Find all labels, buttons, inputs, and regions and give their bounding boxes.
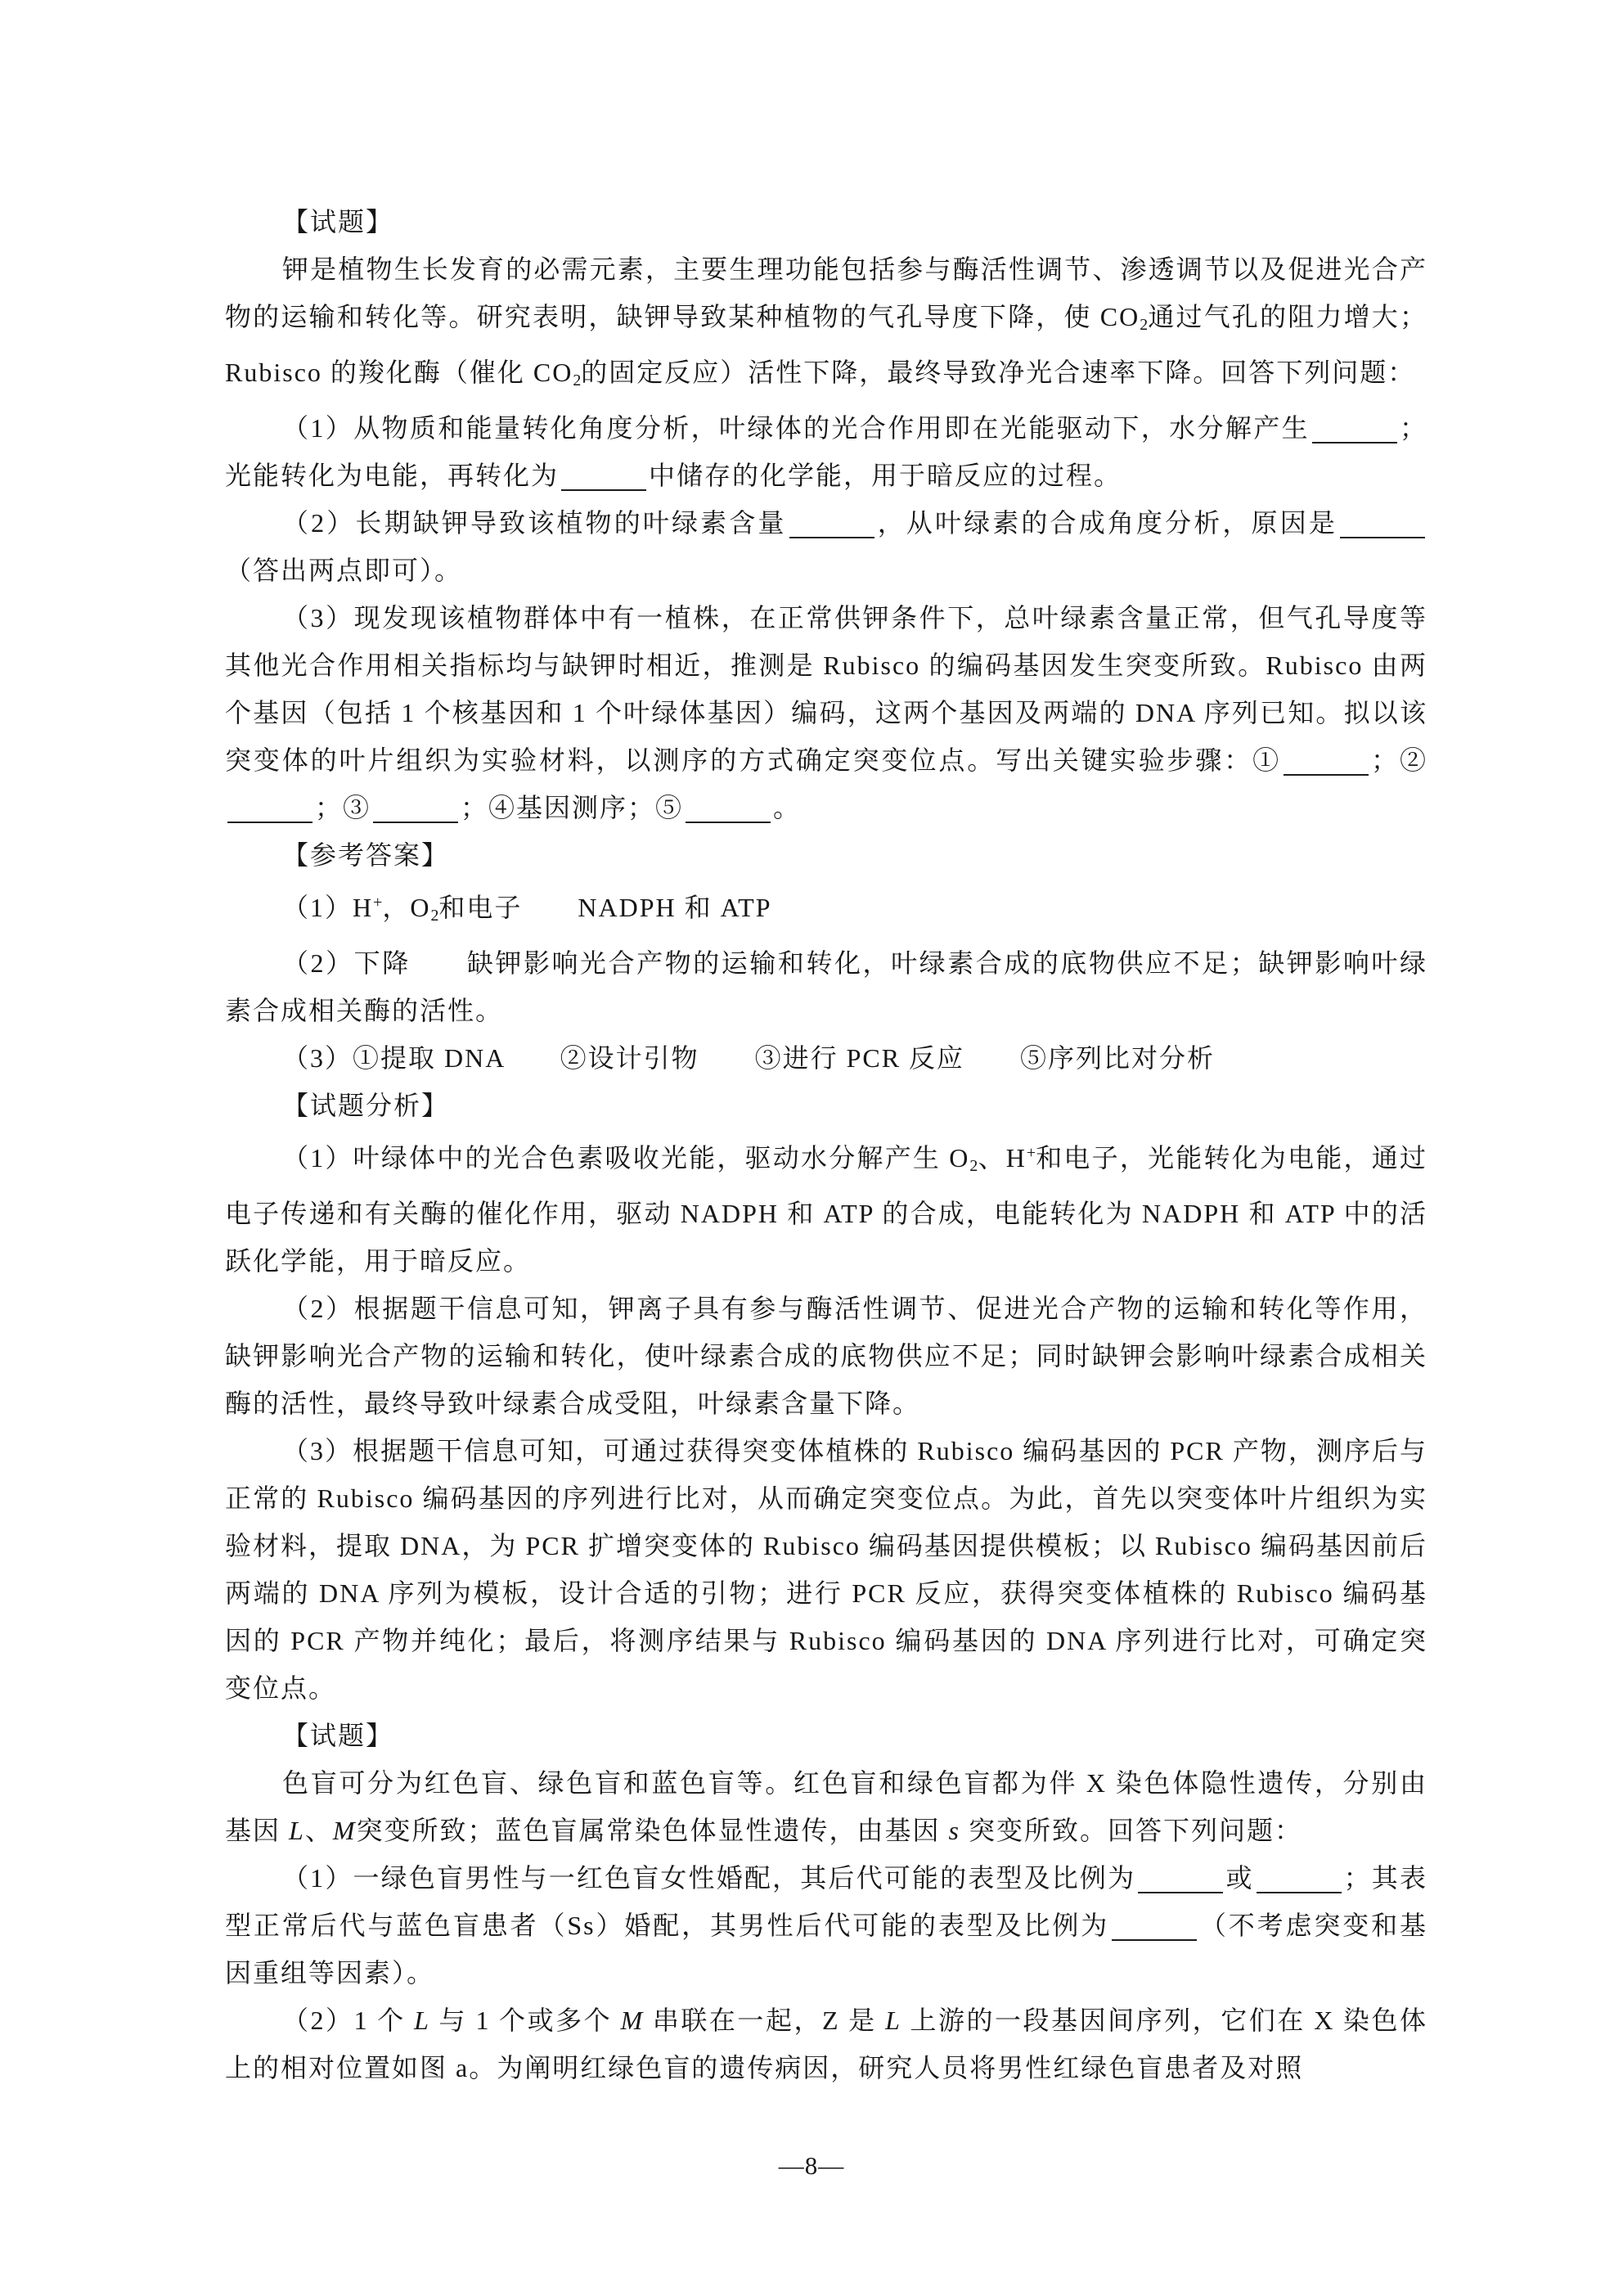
text-run: 2 bbox=[1140, 316, 1148, 334]
answer-blank bbox=[561, 465, 646, 491]
answer-part-1: （1）H+，O2和电子 NADPH 和 ATP bbox=[225, 879, 1427, 939]
answer-blank bbox=[686, 797, 771, 823]
answer-blank bbox=[789, 512, 874, 538]
text-run: 和电子 NADPH 和 ATP bbox=[438, 893, 771, 922]
text-run: 2 bbox=[573, 371, 581, 389]
answer-blank bbox=[1340, 512, 1425, 538]
text-run: 与 1 个或多个 bbox=[430, 2006, 621, 2035]
answer-blank bbox=[1312, 417, 1397, 443]
text-run: （答出两点即可）。 bbox=[225, 556, 462, 585]
text-run: L bbox=[414, 2006, 430, 2035]
text-run: ，O bbox=[382, 893, 430, 922]
question-1-part-1: （1）从物质和能量转化角度分析，叶绿体的光合作用即在光能驱动下，水分解产生；光能… bbox=[225, 404, 1427, 499]
text-run: 2 bbox=[969, 1157, 978, 1175]
section-header-question-1: 【试题】 bbox=[225, 198, 1427, 245]
text-run: L bbox=[885, 2006, 901, 2035]
section-header-question-2: 【试题】 bbox=[225, 1712, 1427, 1759]
answer-blank bbox=[1138, 1867, 1223, 1893]
text-run: 中储存的化学能，用于暗反应的过程。 bbox=[649, 461, 1122, 490]
text-run: （1）一绿色盲男性与一红色盲女性婚配，其后代可能的表型及比例为 bbox=[282, 1863, 1135, 1893]
analysis-part-1: （1）叶绿体中的光合色素吸收光能，驱动水分解产生 O2、H+和电子，光能转化为电… bbox=[225, 1129, 1427, 1285]
analysis-part-3: （3）根据题干信息可知，可通过获得突变体植株的 Rubisco 编码基因的 PC… bbox=[225, 1427, 1427, 1712]
text-run: 【试题分析】 bbox=[282, 1091, 449, 1120]
document-body: 【试题】钾是植物生长发育的必需元素，主要生理功能包括参与酶活性调节、渗透调节以及… bbox=[225, 198, 1427, 2091]
text-run: + bbox=[1027, 1144, 1036, 1162]
text-run: 的固定反应）活性下降，最终导致净光合速率下降。回答下列问题： bbox=[581, 358, 1415, 387]
text-run: （2）根据题干信息可知，钾离子具有参与酶活性调节、促进光合产物的运输和转化等作用… bbox=[225, 1294, 1427, 1418]
text-run: 、H bbox=[978, 1143, 1027, 1173]
section-header-analysis: 【试题分析】 bbox=[225, 1082, 1427, 1129]
question-2-stem: 色盲可分为红色盲、绿色盲和蓝色盲等。红色盲和绿色盲都为伴 X 染色体隐性遗传，分… bbox=[225, 1759, 1427, 1854]
question-2-part-2: （2）1 个 L 与 1 个或多个 M 串联在一起，Z 是 L 上游的一段基因间… bbox=[225, 1997, 1427, 2091]
text-run: 【试题】 bbox=[282, 1721, 393, 1750]
text-run: 或 bbox=[1225, 1863, 1253, 1893]
text-run: （1）H bbox=[282, 893, 373, 922]
text-run: 串联在一起，Z 是 bbox=[644, 2006, 885, 2035]
answer-blank bbox=[1257, 1867, 1342, 1893]
question-1-stem: 钾是植物生长发育的必需元素，主要生理功能包括参与酶活性调节、渗透调节以及促进光合… bbox=[225, 245, 1427, 404]
text-run: （3）①提取 DNA ②设计引物 ③进行 PCR 反应 ⑤序列比对分析 bbox=[282, 1043, 1215, 1073]
text-run: s bbox=[949, 1816, 960, 1845]
section-header-reference-answer: 【参考答案】 bbox=[225, 831, 1427, 879]
text-run: 突变所致。回答下列问题： bbox=[960, 1816, 1302, 1845]
document-page: 【试题】钾是植物生长发育的必需元素，主要生理功能包括参与酶活性调节、渗透调节以及… bbox=[0, 0, 1623, 2296]
text-run: 2 bbox=[430, 907, 438, 925]
answer-blank bbox=[373, 797, 458, 823]
text-run: M bbox=[333, 1816, 357, 1845]
text-run: 【参考答案】 bbox=[282, 840, 449, 870]
text-run: 突变所致；蓝色盲属常染色体显性遗传，由基因 bbox=[356, 1816, 948, 1845]
text-run: ；② bbox=[1371, 745, 1427, 775]
analysis-part-2: （2）根据题干信息可知，钾离子具有参与酶活性调节、促进光合产物的运输和转化等作用… bbox=[225, 1285, 1427, 1427]
text-run: （3）根据题干信息可知，可通过获得突变体植株的 Rubisco 编码基因的 PC… bbox=[225, 1436, 1427, 1703]
text-run: ；④基因测序；⑤ bbox=[461, 793, 683, 822]
text-run: ；③ bbox=[315, 793, 371, 822]
text-run: + bbox=[373, 894, 382, 912]
text-run: L bbox=[289, 1816, 305, 1845]
text-run: （2）1 个 bbox=[282, 2006, 414, 2035]
text-run: （3）现发现该植物群体中有一植株，在正常供钾条件下，总叶绿素含量正常，但气孔导度… bbox=[225, 603, 1427, 775]
answer-blank bbox=[1112, 1915, 1197, 1941]
question-1-part-2: （2）长期缺钾导致该植物的叶绿素含量，从叶绿素的合成角度分析，原因是（答出两点即… bbox=[225, 499, 1427, 594]
text-run: 【试题】 bbox=[282, 207, 393, 236]
text-run: （1）叶绿体中的光合色素吸收光能，驱动水分解产生 O bbox=[282, 1143, 969, 1173]
text-run: M bbox=[621, 2006, 645, 2035]
answer-part-3: （3）①提取 DNA ②设计引物 ③进行 PCR 反应 ⑤序列比对分析 bbox=[225, 1034, 1427, 1082]
text-run: 、 bbox=[305, 1816, 333, 1845]
answer-part-2: （2）下降 缺钾影响光合产物的运输和转化，叶绿素合成的底物供应不足；缺钾影响叶绿… bbox=[225, 939, 1427, 1034]
question-1-part-3: （3）现发现该植物群体中有一植株，在正常供钾条件下，总叶绿素含量正常，但气孔导度… bbox=[225, 594, 1427, 831]
text-run: （2）长期缺钾导致该植物的叶绿素含量 bbox=[282, 508, 787, 538]
answer-blank bbox=[1284, 750, 1369, 776]
text-run: （1）从物质和能量转化角度分析，叶绿体的光合作用即在光能驱动下，水分解产生 bbox=[282, 413, 1310, 443]
text-run: ，从叶绿素的合成角度分析，原因是 bbox=[877, 508, 1338, 538]
page-number: —8— bbox=[0, 2142, 1623, 2190]
answer-blank bbox=[227, 797, 312, 823]
question-2-part-1: （1）一绿色盲男性与一红色盲女性婚配，其后代可能的表型及比例为或；其表型正常后代… bbox=[225, 1854, 1427, 1997]
text-run: 。 bbox=[773, 793, 801, 822]
text-run: （2）下降 缺钾影响光合产物的运输和转化，叶绿素合成的底物供应不足；缺钾影响叶绿… bbox=[225, 948, 1427, 1025]
